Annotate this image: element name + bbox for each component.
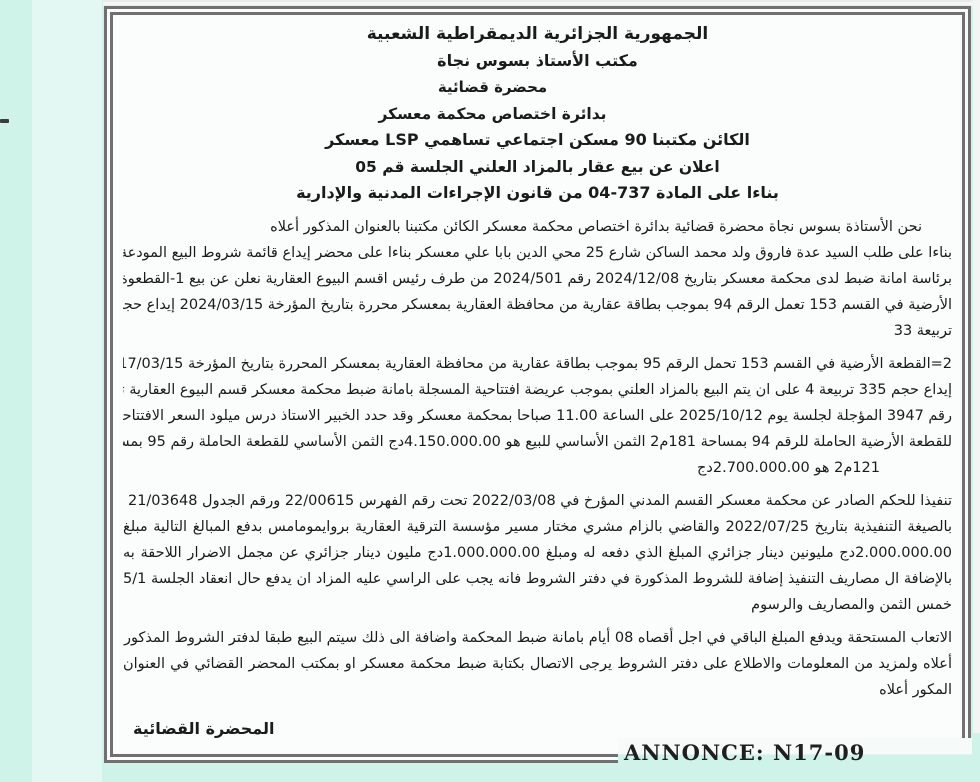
paragraph-lot2: 2=القطعة الأرضية في القسم 153 تحمل الرقم…	[123, 351, 952, 481]
legal-notice-document: الجمهورية الجزائرية الديمقراطية الشعبية …	[104, 6, 971, 763]
paragraph-line: للقطعة الأرضية الحاملة للرقم 94 بمساحة 1…	[123, 429, 952, 455]
paragraph-line: 2.000.000.00دج مليونين دينار جزائري المب…	[123, 540, 952, 566]
paragraph-line: بالإضافة ال مصاريف التنفيذ إضافة للشروط …	[123, 566, 952, 592]
paragraph-line: 121م2 هو 2.700.000.00دج	[123, 455, 952, 481]
header-line-jurisdiction: بدائرة اختصاص محكمة معسكر	[78, 101, 907, 128]
paragraph-line: أعلاه ولمزيد من المعلومات والاطلاع على د…	[123, 651, 952, 677]
paragraph-line: المكور أعلاه	[123, 677, 952, 703]
header-line-office-address: الكائن مكتبنا 90 مسكن اجتماعي تساهمي LSP…	[123, 127, 952, 154]
paragraph-line: نحن الأستاذة بسوس نجاة محضرة قضائية بدائ…	[123, 214, 952, 240]
paragraph-payment-terms: الاتعاب المستحقة ويدفع المبلغ الباقي في …	[123, 625, 952, 703]
scan-right-edge	[973, 0, 980, 733]
header-line-auction-title: اعلان عن بيع عقار بالمزاد العلني الجلسة …	[123, 154, 952, 181]
paragraph-line: خمس الثمن والمصاريف والرسوم	[123, 592, 952, 618]
paragraph-line: 2=القطعة الأرضية في القسم 153 تحمل الرقم…	[123, 351, 952, 377]
paragraph-line: إيداع حجم 335 تربيعة 4 على ان يتم البيع …	[123, 377, 952, 403]
paragraph-judgment: تنفيذا للحكم الصادر عن محكمة معسكر القسم…	[123, 488, 952, 618]
paragraph-line: تربيعة 33	[123, 318, 952, 344]
scan-artifact-dash	[0, 119, 9, 123]
paragraph-intro: نحن الأستاذة بسوس نجاة محضرة قضائية بدائ…	[123, 214, 952, 344]
header-line-bailiff-title: محضرة قضائية	[78, 74, 907, 101]
header-line-republic: الجمهورية الجزائرية الديمقراطية الشعبية	[123, 21, 952, 48]
paragraph-line: الأرضية في القسم 153 تعمل الرقم 94 بموجب…	[123, 292, 952, 318]
paragraph-line: رقم 3947 المؤجلة لجلسة يوم 2025/10/12 عل…	[123, 403, 952, 429]
header-line-office: مكتب الأستاذ بسوس نجاة	[123, 48, 952, 75]
paragraph-line: بناءا على طلب السيد عدة فاروق ولد محمد ا…	[123, 240, 952, 266]
paragraph-line: بالصيغة التنفيذية بتاريخ 2022/07/25 والق…	[123, 514, 952, 540]
paragraph-line: الاتعاب المستحقة ويدفع المبلغ الباقي في …	[123, 625, 952, 651]
paragraph-line: برئاسة امانة ضبط لدى محكمة معسكر بتاريخ …	[123, 266, 952, 292]
paragraph-line: تنفيذا للحكم الصادر عن محكمة معسكر القسم…	[123, 488, 952, 514]
annonce-label: ANNONCE: N17-09	[618, 738, 972, 768]
header-line-legal-basis: بناءا على المادة 737-04 من قانون الإجراء…	[123, 180, 952, 207]
